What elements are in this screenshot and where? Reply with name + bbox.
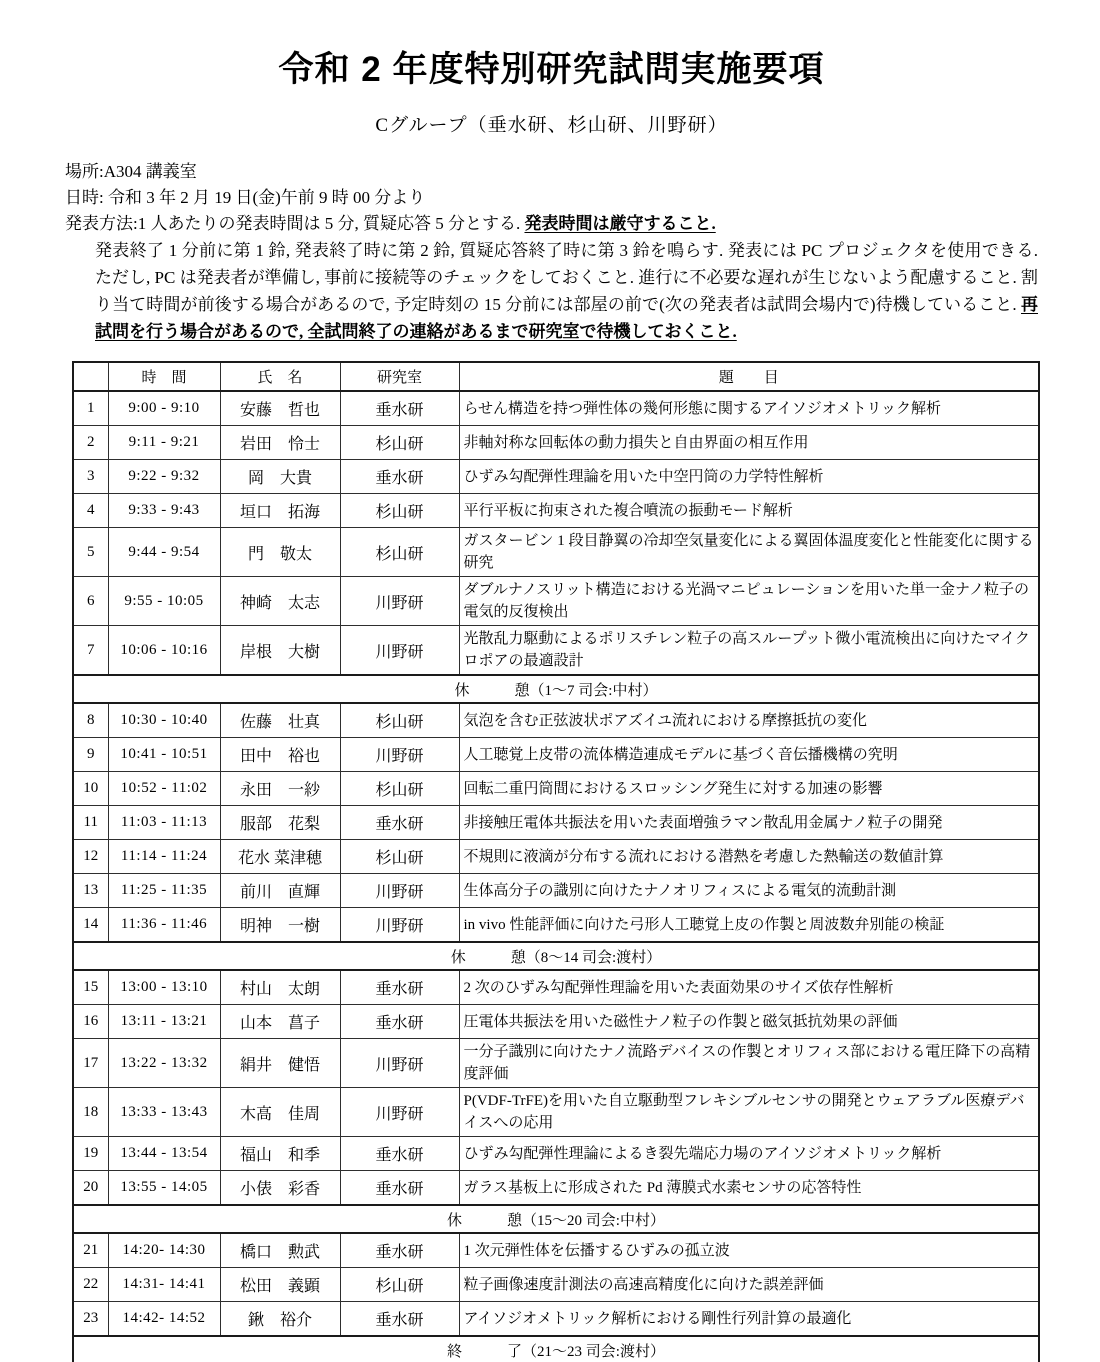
cell-title: らせん構造を持つ弾性体の幾何形態に関するアイソジオメトリック解析 xyxy=(459,391,1039,426)
cell-number: 11 xyxy=(73,806,108,840)
cell-number: 18 xyxy=(73,1088,108,1137)
table-row: 2013:55 - 14:05小俵 彩香垂水研ガラス基板上に形成された Pd 薄… xyxy=(73,1171,1039,1206)
cell-number: 14 xyxy=(73,908,108,943)
cell-time: 13:44 - 13:54 xyxy=(108,1137,220,1171)
cell-number: 20 xyxy=(73,1171,108,1206)
cell-title: 気泡を含む正弦波状ポアズイユ流れにおける摩擦抵抗の変化 xyxy=(459,703,1039,738)
method-line: 発表方法:1 人あたりの発表時間は 5 分, 質疑応答 5 分とする. 発表時間… xyxy=(65,211,1038,237)
cell-lab: 垂水研 xyxy=(340,1233,459,1268)
cell-lab: 杉山研 xyxy=(340,1268,459,1302)
cell-title: ガラス基板上に形成された Pd 薄膜式水素センサの応答特性 xyxy=(459,1171,1039,1206)
instructions-paragraph: 発表終了 1 分前に第 1 鈴, 発表終了時に第 2 鈴, 質疑応答終了時に第 … xyxy=(95,237,1038,345)
cell-number: 21 xyxy=(73,1233,108,1268)
cell-title: アイソジオメトリック解析における剛性行列計算の最適化 xyxy=(459,1302,1039,1337)
table-row: 2214:31- 14:41松田 義顕杉山研粒子画像速度計測法の高速高精度化に向… xyxy=(73,1268,1039,1302)
table-row: 710:06 - 10:16岸根 大樹川野研光散乱力駆動によるポリスチレン粒子の… xyxy=(73,626,1039,676)
cell-name: 橋口 勲武 xyxy=(220,1233,340,1268)
break-row: 休 憩（8～14 司会:渡村） xyxy=(73,942,1039,970)
cell-time: 13:33 - 13:43 xyxy=(108,1088,220,1137)
table-row: 1211:14 - 11:24花水 菜津穂杉山研不規則に液滴が分布する流れにおけ… xyxy=(73,840,1039,874)
cell-name: 岸根 大樹 xyxy=(220,626,340,676)
cell-name: 垣口 拓海 xyxy=(220,494,340,528)
header-title: 題 目 xyxy=(459,362,1039,391)
cell-lab: 川野研 xyxy=(340,577,459,626)
cell-lab: 垂水研 xyxy=(340,970,459,1005)
cell-number: 17 xyxy=(73,1039,108,1088)
cell-lab: 垂水研 xyxy=(340,1137,459,1171)
cell-number: 3 xyxy=(73,460,108,494)
cell-time: 11:14 - 11:24 xyxy=(108,840,220,874)
cell-lab: 垂水研 xyxy=(340,391,459,426)
table-row: 810:30 - 10:40佐藤 壮真杉山研気泡を含む正弦波状ポアズイユ流れにお… xyxy=(73,703,1039,738)
cell-time: 9:55 - 10:05 xyxy=(108,577,220,626)
cell-time: 14:20- 14:30 xyxy=(108,1233,220,1268)
cell-title: 粒子画像速度計測法の高速高精度化に向けた誤差評価 xyxy=(459,1268,1039,1302)
separator-label: 休 憩（15～20 司会:中村） xyxy=(73,1205,1039,1233)
cell-title: 非軸対称な回転体の動力損失と自由界面の相互作用 xyxy=(459,426,1039,460)
cell-time: 10:06 - 10:16 xyxy=(108,626,220,676)
cell-time: 13:11 - 13:21 xyxy=(108,1005,220,1039)
cell-title: 生体高分子の識別に向けたナノオリフィスによる電気的流動計測 xyxy=(459,874,1039,908)
cell-time: 9:00 - 9:10 xyxy=(108,391,220,426)
cell-lab: 川野研 xyxy=(340,738,459,772)
table-row: 29:11 - 9:21岩田 怜士杉山研非軸対称な回転体の動力損失と自由界面の相… xyxy=(73,426,1039,460)
cell-time: 9:44 - 9:54 xyxy=(108,528,220,577)
cell-number: 1 xyxy=(73,391,108,426)
table-row: 2314:42- 14:52鍬 裕介垂水研アイソジオメトリック解析における剛性行… xyxy=(73,1302,1039,1337)
cell-lab: 垂水研 xyxy=(340,1171,459,1206)
method-text: 発表方法:1 人あたりの発表時間は 5 分, 質疑応答 5 分とする. xyxy=(65,214,524,233)
break-row: 休 憩（15～20 司会:中村） xyxy=(73,1205,1039,1233)
cell-name: 永田 一紗 xyxy=(220,772,340,806)
table-row: 1311:25 - 11:35前川 直輝川野研生体高分子の識別に向けたナノオリフ… xyxy=(73,874,1039,908)
cell-name: 山本 菖子 xyxy=(220,1005,340,1039)
cell-name: 小俵 彩香 xyxy=(220,1171,340,1206)
cell-number: 4 xyxy=(73,494,108,528)
cell-name: 木高 佳周 xyxy=(220,1088,340,1137)
cell-number: 15 xyxy=(73,970,108,1005)
break-row: 休 憩（1～7 司会:中村） xyxy=(73,675,1039,703)
page-title: 令和 2 年度特別研究試問実施要項 xyxy=(65,42,1038,92)
cell-name: 神崎 太志 xyxy=(220,577,340,626)
separator-label: 休 憩（8～14 司会:渡村） xyxy=(73,942,1039,970)
cell-number: 16 xyxy=(73,1005,108,1039)
cell-time: 11:25 - 11:35 xyxy=(108,874,220,908)
cell-name: 佐藤 壮真 xyxy=(220,703,340,738)
cell-time: 10:52 - 11:02 xyxy=(108,772,220,806)
header-time: 時 間 xyxy=(108,362,220,391)
cell-lab: 川野研 xyxy=(340,1039,459,1088)
datetime-line: 日時: 令和 3 年 2 月 19 日(金)午前 9 時 00 分より xyxy=(65,185,1038,211)
cell-title: ガスタービン 1 段目静翼の冷却空気量変化による翼固体温度変化と性能変化に関する… xyxy=(459,528,1039,577)
table-row: 2114:20- 14:30橋口 勲武垂水研1 次元弾性体を伝播するひずみの孤立… xyxy=(73,1233,1039,1268)
cell-title: ダブルナノスリット構造における光渦マニピュレーションを用いた単一金ナノ粒子の電気… xyxy=(459,577,1039,626)
schedule-table: 時 間 氏 名 研究室 題 目 19:00 - 9:10安藤 哲也垂水研らせん構… xyxy=(72,361,1040,1362)
cell-name: 前川 直輝 xyxy=(220,874,340,908)
cell-title: 平行平板に拘束された複合噴流の振動モード解析 xyxy=(459,494,1039,528)
cell-number: 19 xyxy=(73,1137,108,1171)
cell-title: P(VDF-TrFE)を用いた自立駆動型フレキシブルセンサの開発とウェアラブル医… xyxy=(459,1088,1039,1137)
cell-title: 不規則に液滴が分布する流れにおける潜熱を考慮した熱輸送の数値計算 xyxy=(459,840,1039,874)
cell-lab: 川野研 xyxy=(340,874,459,908)
table-row: 39:22 - 9:32岡 大貴垂水研ひずみ勾配弾性理論を用いた中空円筒の力学特… xyxy=(73,460,1039,494)
cell-time: 9:22 - 9:32 xyxy=(108,460,220,494)
cell-title: 一分子識別に向けたナノ流路デバイスの作製とオリフィス部における電圧降下の高精度評… xyxy=(459,1039,1039,1088)
end-row: 終 了（21～23 司会:渡村） xyxy=(73,1336,1039,1362)
table-row: 910:41 - 10:51田中 裕也川野研人工聴覚上皮帯の流体構造連成モデルに… xyxy=(73,738,1039,772)
cell-number: 6 xyxy=(73,577,108,626)
cell-number: 13 xyxy=(73,874,108,908)
cell-time: 11:36 - 11:46 xyxy=(108,908,220,943)
table-row: 59:44 - 9:54門 敬太杉山研ガスタービン 1 段目静翼の冷却空気量変化… xyxy=(73,528,1039,577)
cell-time: 10:41 - 10:51 xyxy=(108,738,220,772)
cell-number: 9 xyxy=(73,738,108,772)
cell-name: 明神 一樹 xyxy=(220,908,340,943)
table-row: 19:00 - 9:10安藤 哲也垂水研らせん構造を持つ弾性体の幾何形態に関する… xyxy=(73,391,1039,426)
cell-time: 13:55 - 14:05 xyxy=(108,1171,220,1206)
cell-number: 22 xyxy=(73,1268,108,1302)
table-row: 1010:52 - 11:02永田 一紗杉山研回転二重円筒間におけるスロッシング… xyxy=(73,772,1039,806)
header-number xyxy=(73,362,108,391)
schedule-table-body: 19:00 - 9:10安藤 哲也垂水研らせん構造を持つ弾性体の幾何形態に関する… xyxy=(73,391,1039,1362)
cell-lab: 垂水研 xyxy=(340,806,459,840)
cell-lab: 川野研 xyxy=(340,626,459,676)
cell-title: 2 次のひずみ勾配弾性理論を用いた表面効果のサイズ依存性解析 xyxy=(459,970,1039,1005)
cell-title: 回転二重円筒間におけるスロッシング発生に対する加速の影響 xyxy=(459,772,1039,806)
separator-label: 休 憩（1～7 司会:中村） xyxy=(73,675,1039,703)
cell-name: 安藤 哲也 xyxy=(220,391,340,426)
cell-time: 11:03 - 11:13 xyxy=(108,806,220,840)
table-row: 1913:44 - 13:54福山 和季垂水研ひずみ勾配弾性理論によるき裂先端応… xyxy=(73,1137,1039,1171)
document-page: 令和 2 年度特別研究試問実施要項 Cグループ（垂水研、杉山研、川野研） 場所:… xyxy=(0,0,1100,1362)
separator-label: 終 了（21～23 司会:渡村） xyxy=(73,1336,1039,1362)
cell-title: ひずみ勾配弾性理論によるき裂先端応力場のアイソジオメトリック解析 xyxy=(459,1137,1039,1171)
cell-lab: 杉山研 xyxy=(340,772,459,806)
cell-title: 圧電体共振法を用いた磁性ナノ粒子の作製と磁気抵抗効果の評価 xyxy=(459,1005,1039,1039)
group-subtitle: Cグループ（垂水研、杉山研、川野研） xyxy=(65,110,1038,137)
header-lab: 研究室 xyxy=(340,362,459,391)
cell-time: 14:42- 14:52 xyxy=(108,1302,220,1337)
table-row: 1411:36 - 11:46明神 一樹川野研in vivo 性能評価に向けた弓… xyxy=(73,908,1039,943)
cell-number: 23 xyxy=(73,1302,108,1337)
cell-number: 5 xyxy=(73,528,108,577)
cell-name: 田中 裕也 xyxy=(220,738,340,772)
cell-lab: 垂水研 xyxy=(340,1302,459,1337)
cell-name: 門 敬太 xyxy=(220,528,340,577)
cell-time: 14:31- 14:41 xyxy=(108,1268,220,1302)
cell-name: 松田 義顕 xyxy=(220,1268,340,1302)
table-row: 1613:11 - 13:21山本 菖子垂水研圧電体共振法を用いた磁性ナノ粒子の… xyxy=(73,1005,1039,1039)
cell-name: 花水 菜津穂 xyxy=(220,840,340,874)
header-name: 氏 名 xyxy=(220,362,340,391)
cell-time: 13:22 - 13:32 xyxy=(108,1039,220,1088)
cell-name: 岡 大貴 xyxy=(220,460,340,494)
table-header-row: 時 間 氏 名 研究室 題 目 xyxy=(73,362,1039,391)
cell-lab: 垂水研 xyxy=(340,460,459,494)
cell-number: 8 xyxy=(73,703,108,738)
cell-name: 福山 和季 xyxy=(220,1137,340,1171)
cell-lab: 杉山研 xyxy=(340,703,459,738)
cell-number: 12 xyxy=(73,840,108,874)
table-row: 49:33 - 9:43垣口 拓海杉山研平行平板に拘束された複合噴流の振動モード… xyxy=(73,494,1039,528)
cell-time: 13:00 - 13:10 xyxy=(108,970,220,1005)
cell-name: 鍬 裕介 xyxy=(220,1302,340,1337)
cell-lab: 杉山研 xyxy=(340,494,459,528)
table-row: 1713:22 - 13:32絹井 健悟川野研一分子識別に向けたナノ流路デバイス… xyxy=(73,1039,1039,1088)
cell-name: 村山 太朗 xyxy=(220,970,340,1005)
cell-lab: 垂水研 xyxy=(340,1005,459,1039)
cell-number: 7 xyxy=(73,626,108,676)
cell-name: 服部 花梨 xyxy=(220,806,340,840)
table-row: 1111:03 - 11:13服部 花梨垂水研非接触圧電体共振法を用いた表面増強… xyxy=(73,806,1039,840)
cell-lab: 杉山研 xyxy=(340,426,459,460)
cell-name: 絹井 健悟 xyxy=(220,1039,340,1088)
cell-title: ひずみ勾配弾性理論を用いた中空円筒の力学特性解析 xyxy=(459,460,1039,494)
cell-time: 10:30 - 10:40 xyxy=(108,703,220,738)
cell-time: 9:33 - 9:43 xyxy=(108,494,220,528)
instructions-text: 発表終了 1 分前に第 1 鈴, 発表終了時に第 2 鈴, 質疑応答終了時に第 … xyxy=(95,241,1038,314)
place-line: 場所:A304 講義室 xyxy=(65,159,1038,185)
cell-title: in vivo 性能評価に向けた弓形人工聴覚上皮の作製と周波数弁別能の検証 xyxy=(459,908,1039,943)
cell-number: 2 xyxy=(73,426,108,460)
method-emphasis-text: 発表時間は厳守すること. xyxy=(524,214,715,233)
cell-title: 非接触圧電体共振法を用いた表面増強ラマン散乱用金属ナノ粒子の開発 xyxy=(459,806,1039,840)
cell-title: 1 次元弾性体を伝播するひずみの孤立波 xyxy=(459,1233,1039,1268)
cell-lab: 川野研 xyxy=(340,908,459,943)
cell-time: 9:11 - 9:21 xyxy=(108,426,220,460)
cell-lab: 川野研 xyxy=(340,1088,459,1137)
table-row: 1513:00 - 13:10村山 太朗垂水研2 次のひずみ勾配弾性理論を用いた… xyxy=(73,970,1039,1005)
cell-number: 10 xyxy=(73,772,108,806)
cell-lab: 杉山研 xyxy=(340,840,459,874)
cell-name: 岩田 怜士 xyxy=(220,426,340,460)
cell-title: 光散乱力駆動によるポリスチレン粒子の高スループット微小電流検出に向けたマイクロポ… xyxy=(459,626,1039,676)
table-row: 1813:33 - 13:43木高 佳周川野研P(VDF-TrFE)を用いた自立… xyxy=(73,1088,1039,1137)
table-row: 69:55 - 10:05神崎 太志川野研ダブルナノスリット構造における光渦マニ… xyxy=(73,577,1039,626)
cell-title: 人工聴覚上皮帯の流体構造連成モデルに基づく音伝播機構の究明 xyxy=(459,738,1039,772)
cell-lab: 杉山研 xyxy=(340,528,459,577)
